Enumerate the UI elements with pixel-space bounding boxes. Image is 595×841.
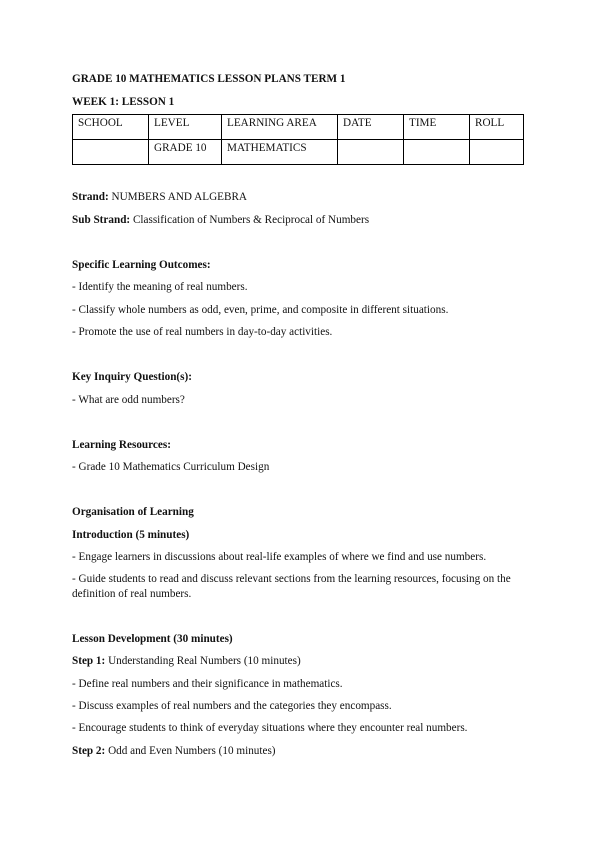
week-lesson-heading: WEEK 1: LESSON 1	[72, 95, 174, 109]
step1-item: - Discuss examples of real numbers and t…	[72, 699, 392, 713]
step1-item: - Encourage students to think of everyda…	[72, 721, 467, 735]
lesson-development-heading: Lesson Development (30 minutes)	[72, 632, 233, 646]
step1-label: Step 1:	[72, 655, 105, 667]
table-cell-time: TIME	[404, 115, 470, 140]
inquiry-heading: Key Inquiry Question(s):	[72, 370, 192, 384]
step2-value: Odd and Even Numbers (10 minutes)	[108, 745, 275, 757]
outcome-item: - Classify whole numbers as odd, even, p…	[72, 303, 448, 317]
intro-item: - Engage learners in discussions about r…	[72, 550, 486, 564]
sub-strand-label: Sub Strand:	[72, 214, 130, 226]
table-value-level: GRADE 10	[149, 140, 222, 165]
table-value-roll	[470, 140, 524, 165]
introduction-heading: Introduction (5 minutes)	[72, 528, 189, 542]
step2-line: Step 2: Odd and Even Numbers (10 minutes…	[72, 744, 276, 758]
step1-line: Step 1: Understanding Real Numbers (10 m…	[72, 654, 301, 668]
strand-value: NUMBERS AND ALGEBRA	[111, 191, 247, 203]
inquiry-item: - What are odd numbers?	[72, 393, 185, 407]
table-cell-level: LEVEL	[149, 115, 222, 140]
table-header-row: SCHOOL LEVEL LEARNING AREA DATE TIME ROL…	[73, 115, 524, 140]
resources-heading: Learning Resources:	[72, 438, 171, 452]
table-value-school	[73, 140, 149, 165]
table-cell-date: DATE	[338, 115, 404, 140]
sub-strand-line: Sub Strand: Classification of Numbers & …	[72, 213, 369, 227]
resource-item: - Grade 10 Mathematics Curriculum Design	[72, 460, 269, 474]
table-value-time	[404, 140, 470, 165]
outcomes-heading: Specific Learning Outcomes:	[72, 258, 211, 272]
outcome-item: - Promote the use of real numbers in day…	[72, 325, 332, 339]
intro-item: - Guide students to read and discuss rel…	[72, 572, 522, 602]
table-value-date	[338, 140, 404, 165]
table-cell-roll: ROLL	[470, 115, 524, 140]
document-title: GRADE 10 MATHEMATICS LESSON PLANS TERM 1	[72, 72, 346, 86]
table-value-learning-area: MATHEMATICS	[222, 140, 338, 165]
outcome-item: - Identify the meaning of real numbers.	[72, 280, 248, 294]
table-cell-learning-area: LEARNING AREA	[222, 115, 338, 140]
organisation-heading: Organisation of Learning	[72, 505, 194, 519]
strand-label: Strand:	[72, 191, 109, 203]
table-row: GRADE 10 MATHEMATICS	[73, 140, 524, 165]
step1-value: Understanding Real Numbers (10 minutes)	[108, 655, 301, 667]
strand-line: Strand: NUMBERS AND ALGEBRA	[72, 190, 247, 204]
step1-item: - Define real numbers and their signific…	[72, 677, 343, 691]
step2-label: Step 2:	[72, 745, 105, 757]
sub-strand-value: Classification of Numbers & Reciprocal o…	[133, 214, 369, 226]
table-cell-school: SCHOOL	[73, 115, 149, 140]
document-page: GRADE 10 MATHEMATICS LESSON PLANS TERM 1…	[0, 0, 595, 841]
lesson-info-table: SCHOOL LEVEL LEARNING AREA DATE TIME ROL…	[72, 114, 524, 165]
